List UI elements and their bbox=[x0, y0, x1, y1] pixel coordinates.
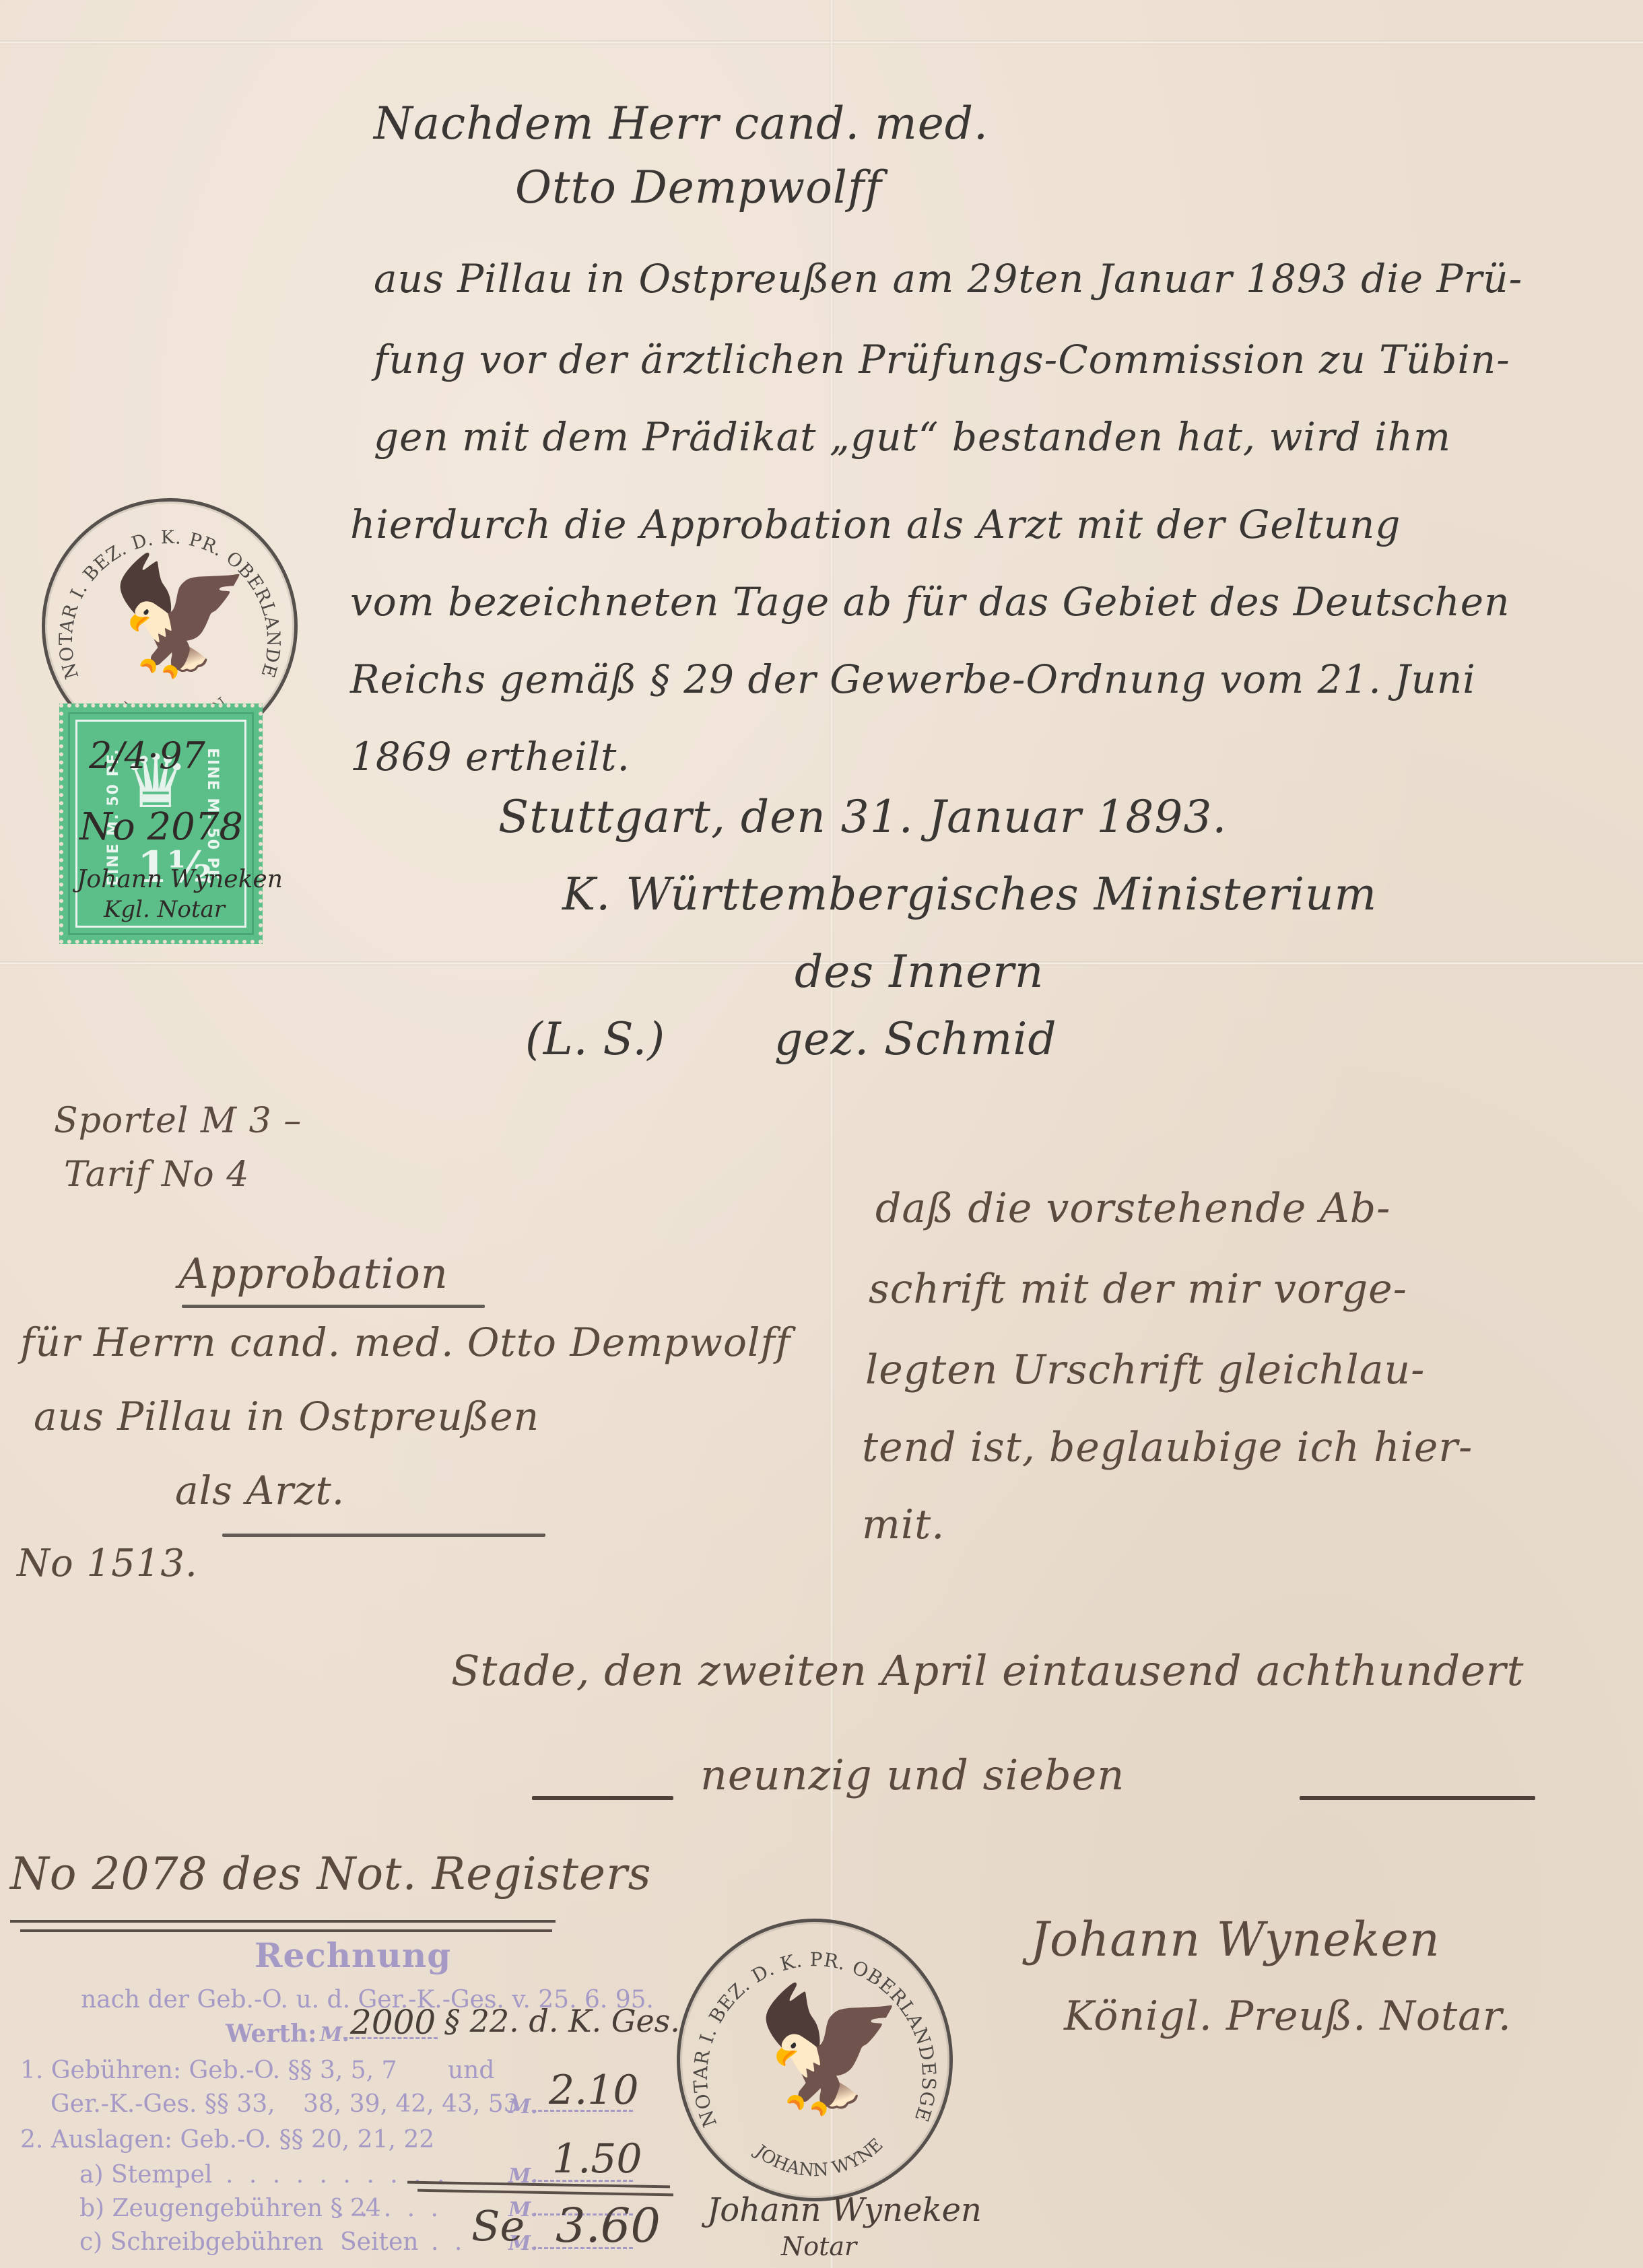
invoice-signature: Johann Wyneken bbox=[707, 2191, 982, 2229]
eagle-emblem-icon: 🦅 bbox=[754, 1989, 875, 2110]
certificate-line-6: hierdurch die Approbation als Arzt mit d… bbox=[350, 502, 1401, 547]
seal-mark: (L. S.) bbox=[525, 1013, 665, 1065]
notary-signature: Johann Wyneken bbox=[1030, 1912, 1440, 1967]
stamp-cancel-number: No 2078 bbox=[79, 805, 243, 849]
authority-line-1: K. Württembergisches Ministerium bbox=[562, 868, 1377, 920]
attestation-line-3: legten Urschrift gleichlau- bbox=[865, 1346, 1425, 1394]
certificate-line-9: 1869 ertheilt. bbox=[350, 734, 630, 780]
fees-row-b-sections: 38, 39, 42, 43, 53 bbox=[303, 2090, 519, 2118]
attestation-line-2: schrift mit der mir vorge- bbox=[869, 1266, 1407, 1313]
margin-underline bbox=[222, 1534, 545, 1537]
certificate-line-5: gen mit dem Prädikat „gut“ bestanden hat… bbox=[374, 414, 1451, 460]
register-underline-2 bbox=[20, 1929, 552, 1932]
ministry-signature: gez. Schmid bbox=[774, 1013, 1057, 1065]
total-amount: 3.60 bbox=[556, 2198, 661, 2253]
paper-fold-top bbox=[0, 40, 1643, 44]
expense-witness-dots: . . . . . bbox=[337, 2195, 442, 2222]
certificate-opening: Nachdem Herr cand. med. bbox=[374, 98, 988, 149]
werth-label: Werth: bbox=[226, 2020, 316, 2048]
stamp-cancel-title: Kgl. Notar bbox=[104, 896, 225, 923]
register-line: No 2078 des Not. Registers bbox=[10, 1848, 652, 1900]
approbation-title: Approbation bbox=[178, 1249, 448, 1298]
margin-line-3: als Arzt. bbox=[175, 1468, 345, 1513]
expense-writing-dots: . . bbox=[431, 2228, 466, 2256]
notary-title: Königl. Preuß. Notar. bbox=[1064, 1993, 1512, 2040]
fees-amount: 2.10 bbox=[549, 2067, 639, 2114]
authority-line-2: des Innern bbox=[795, 946, 1044, 998]
eagle-emblem-icon: 🦅 bbox=[109, 559, 224, 673]
title-underline bbox=[182, 1305, 485, 1308]
certificate-line-4: fung vor der ärztlichen Prüfungs-Commiss… bbox=[374, 337, 1510, 382]
tarif-note: Tarif No 4 bbox=[64, 1155, 249, 1195]
margin-line-2: aus Pillau in Ostpreußen bbox=[34, 1394, 539, 1439]
stamp-cancel-signature: Johann Wyneken bbox=[77, 866, 283, 893]
certificate-line-3: aus Pillau in Ostpreußen am 29ten Januar… bbox=[374, 256, 1522, 302]
expense-witness-label: b) Zeugengebühren § 24 bbox=[79, 2195, 381, 2222]
expenses-row-label: 2. Auslagen: Geb.-O. §§ 20, 21, 22 bbox=[20, 2126, 434, 2154]
document-page: Nachdem Herr cand. med. Otto Dempwolff a… bbox=[0, 0, 1643, 2268]
expense-writing-label: c) Schreibgebühren bbox=[79, 2228, 323, 2256]
attestation-line-5: mit. bbox=[862, 1501, 945, 1548]
candidate-name: Otto Dempwolff bbox=[515, 162, 882, 213]
certificate-line-8: Reichs gemäß § 29 der Gewerbe-Ordnung vo… bbox=[350, 656, 1476, 702]
invoice-signature-title: Notar bbox=[781, 2232, 857, 2261]
dash-left bbox=[532, 1796, 673, 1800]
werth-note: § 22. d. K. Ges. bbox=[444, 2003, 680, 2039]
expense-stamp-amount: 1.50 bbox=[552, 2135, 642, 2183]
attestation-line-4: tend ist, beglaubige ich hier- bbox=[862, 1424, 1473, 1471]
fees-row-und: und bbox=[448, 2057, 494, 2084]
register-underline-1 bbox=[10, 1920, 556, 1923]
attestation-line-1: daß die vorstehende Ab- bbox=[875, 1185, 1390, 1232]
expense-writing-pages: Seiten bbox=[340, 2228, 418, 2256]
werth-value: 2000 bbox=[350, 2003, 436, 2042]
invoice-title: Rechnung bbox=[255, 1935, 451, 1975]
certificate-line-7: vom bezeichneten Tage ab für das Gebiet … bbox=[350, 579, 1510, 625]
stade-date-line-1: Stade, den zweiten April eintausend acht… bbox=[451, 1646, 1524, 1695]
margin-line-1: für Herrn cand. med. Otto Dempwolff bbox=[20, 1319, 791, 1365]
stade-date-line-2: neunzig und sieben bbox=[700, 1750, 1125, 1799]
stamp-cancel-date: 2/4·97 bbox=[89, 734, 205, 777]
place-date: Stuttgart, den 31. Januar 1893. bbox=[498, 791, 1227, 843]
expense-stamp-label: a) Stempel bbox=[79, 2161, 212, 2189]
fees-row-b-label: Ger.-K.-Ges. §§ 33, bbox=[51, 2090, 275, 2118]
sportel-note: Sportel M 3 – bbox=[54, 1101, 302, 1141]
witness-strike-2 bbox=[417, 2189, 673, 2197]
dash-right bbox=[1300, 1796, 1535, 1800]
notary-seal-bottom: NOTAR I. BEZ. D. K. PR. OBERLANDESGERICH… bbox=[677, 1919, 953, 2201]
total-prefix: Se bbox=[471, 2201, 525, 2250]
fees-row-label: 1. Gebühren: Geb.-O. §§ 3, 5, 7 bbox=[20, 2057, 397, 2084]
expense-stamp-dots: . . . . . . . . . . bbox=[226, 2161, 448, 2189]
register-number-note: No 1513. bbox=[17, 1542, 198, 1585]
revenue-stamp: EINE M. 50 PF. EINE M. 50 PF. ♛ 1½ 2/4·9… bbox=[59, 703, 263, 944]
